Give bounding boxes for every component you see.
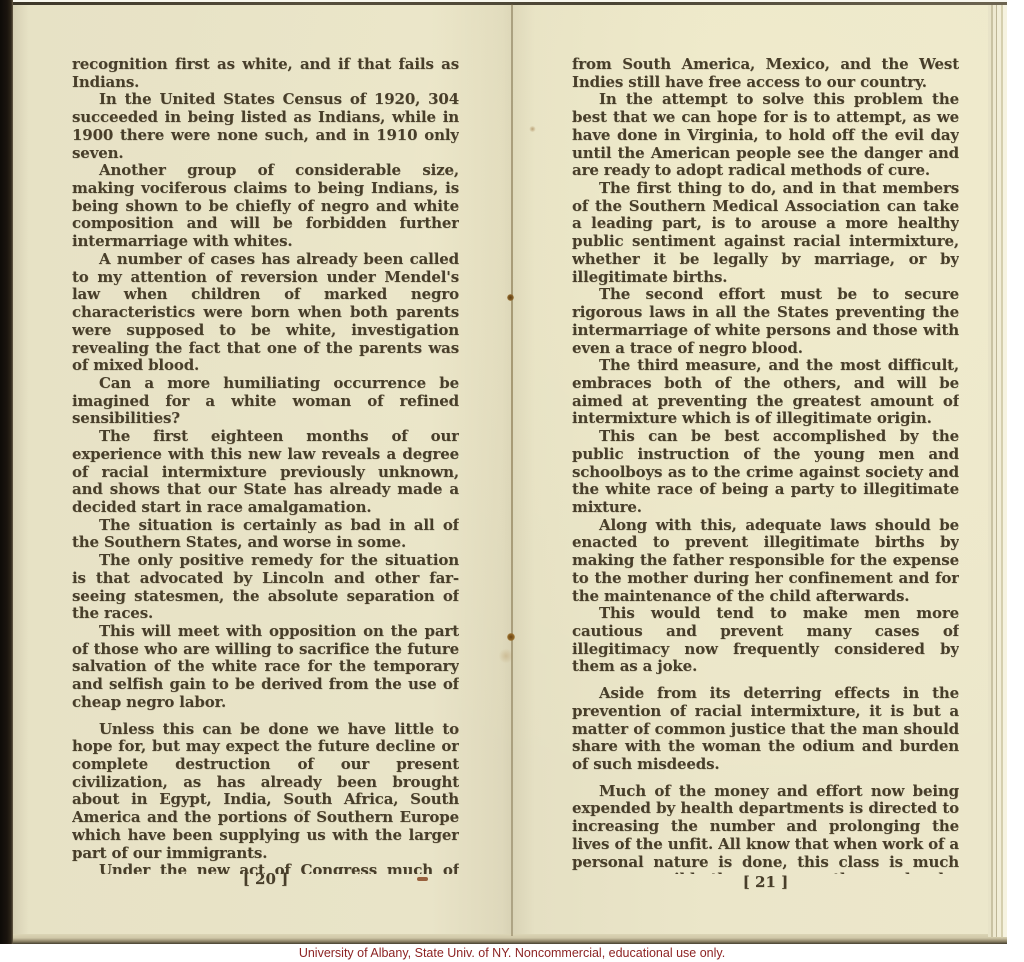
paragraph: A number of cases has already been calle…: [72, 251, 459, 375]
mark-stain: [417, 877, 428, 881]
paragraph: The second effort must be to secure rigo…: [572, 286, 959, 357]
paragraph: Can a more humiliating occurrence be ima…: [72, 375, 459, 428]
page-bottom-edge: [13, 934, 1007, 944]
paragraph: recognition first as white, and if that …: [72, 56, 459, 91]
ink-stain: [507, 294, 514, 301]
book-spine-shadow: [0, 0, 13, 944]
page-fore-edge: [988, 5, 1007, 937]
paragraph: Much of the money and effort now being e…: [572, 783, 959, 874]
paragraph: This would tend to make men more cautiou…: [572, 605, 959, 676]
scan-right-margin: [1007, 0, 1024, 944]
smudge-stain: [499, 648, 513, 664]
paragraph: In the United States Census of 1920, 304…: [72, 91, 459, 162]
book-scan: recognition first as white, and if that …: [0, 0, 1024, 962]
paragraph: Aside from its deterring effects in the …: [572, 685, 959, 774]
paragraph: The situation is certainly as bad in all…: [72, 517, 459, 552]
paragraph: The first thing to do, and in that membe…: [572, 180, 959, 286]
page-top-edge: [13, 2, 1007, 5]
paragraph: The first eighteen months of our experie…: [72, 428, 459, 517]
paragraph: Along with this, adequate laws should be…: [572, 517, 959, 606]
paragraph: The third measure, and the most difficul…: [572, 357, 959, 428]
attribution-footer: University of Albany, State Univ. of NY.…: [0, 944, 1024, 962]
paragraph: This will meet with opposition on the pa…: [72, 623, 459, 712]
faint-stain: [529, 126, 536, 132]
page-21-text: from South America, Mexico, and the West…: [572, 56, 959, 874]
page-number-21: [ 21 ]: [572, 873, 959, 891]
paragraph: This can be best accomplished by the pub…: [572, 428, 959, 517]
attribution-text: University of Albany, State Univ. of NY.…: [299, 945, 725, 962]
paragraph: Unless this can be done we have little t…: [72, 721, 459, 863]
ink-stain: [507, 633, 515, 641]
page-number-20: [ 20 ]: [72, 870, 459, 888]
faint-stain: [299, 808, 304, 813]
paragraph: The only positive remedy for the situati…: [72, 552, 459, 623]
gutter-fold: [511, 4, 513, 936]
paragraph: In the attempt to solve this problem the…: [572, 91, 959, 180]
paragraph: from South America, Mexico, and the West…: [572, 56, 959, 91]
paragraph: Another group of considerable size, maki…: [72, 162, 459, 251]
page-20-text: recognition first as white, and if that …: [72, 56, 459, 874]
